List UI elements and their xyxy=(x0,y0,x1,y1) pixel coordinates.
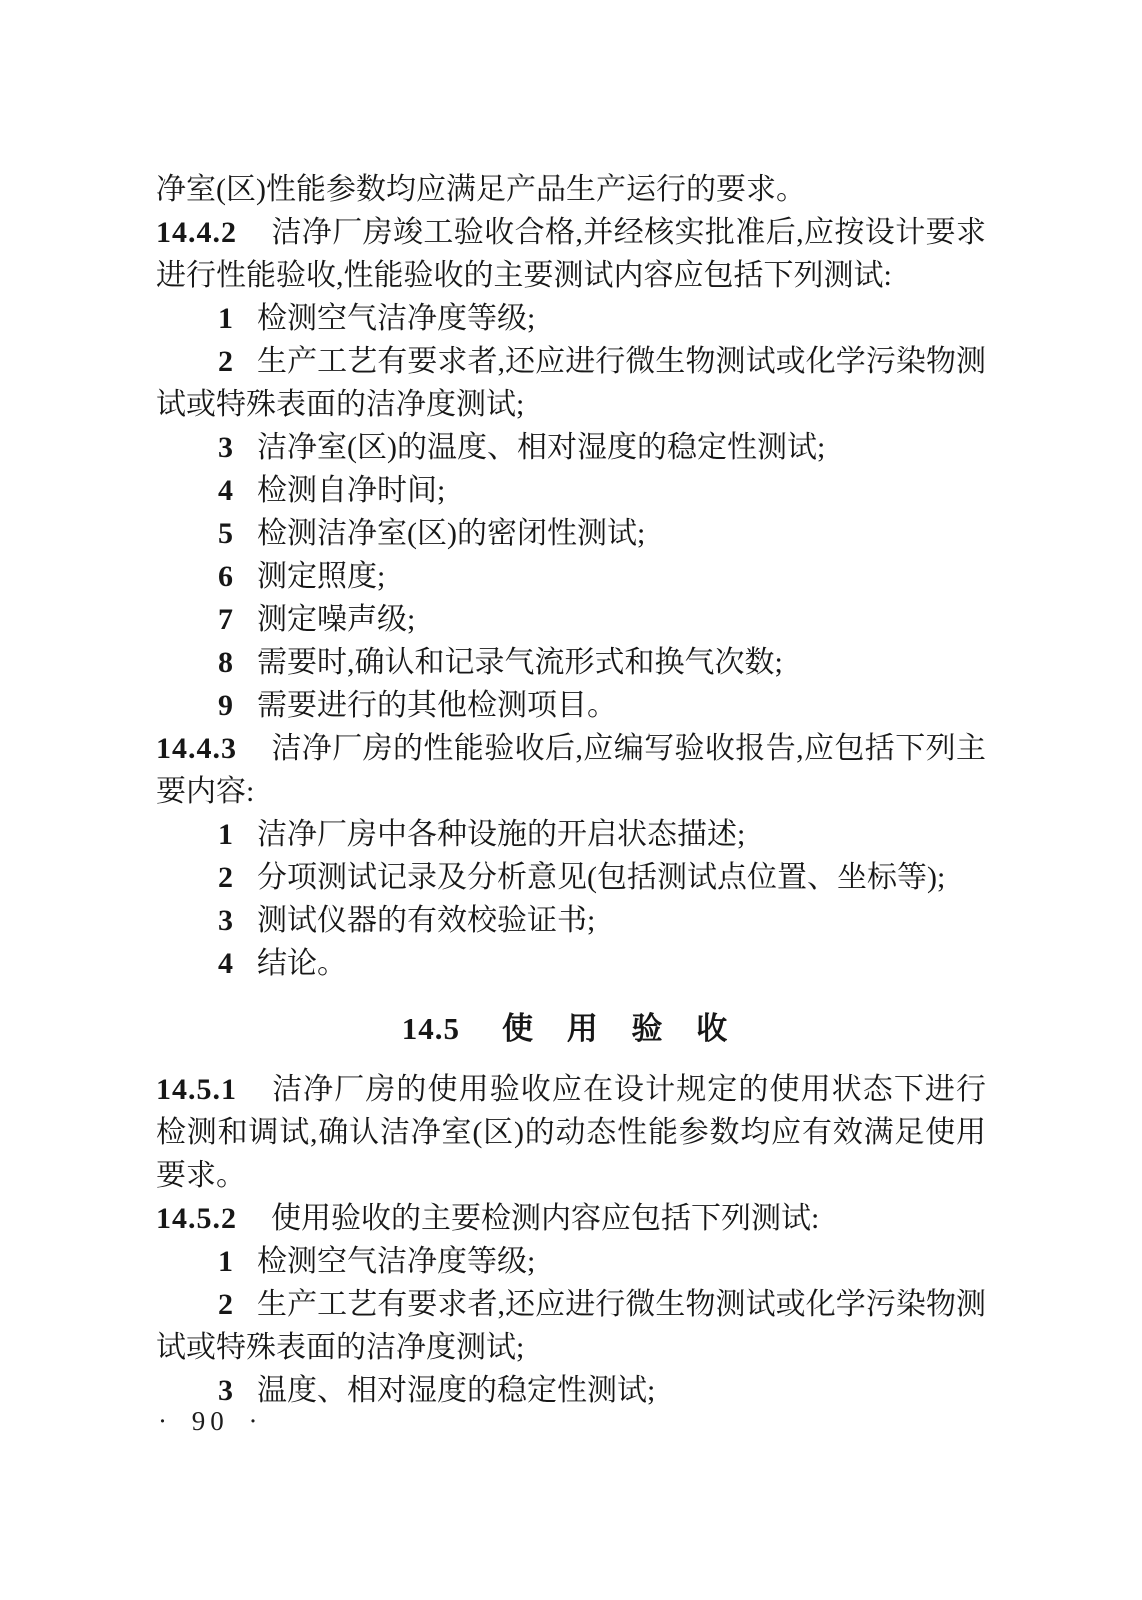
section-heading-number: 14.5 xyxy=(402,1011,460,1046)
clause-14-4-3: 14.4.3洁净厂房的性能验收后,应编写验收报告,应包括下列主要内容: xyxy=(156,727,986,813)
list-item-number: 9 xyxy=(218,689,233,722)
list-item-number: 2 xyxy=(218,345,233,378)
list-item: 4检测自净时间; xyxy=(156,469,986,512)
list-item: 9需要进行的其他检测项目。 xyxy=(156,684,986,727)
section-heading-title: 使 用 验 收 xyxy=(502,1011,740,1046)
list-item: 6测定照度; xyxy=(156,555,986,598)
clause-text: 洁净厂房竣工验收合格,并经核实批准后,应按设计要求进行性能验收,性能验收的主要测… xyxy=(156,216,986,292)
list-item-text: 生产工艺有要求者,还应进行微生物测试或化学污染物测试或特殊表面的洁净度测试; xyxy=(156,345,986,421)
clause-14-5-2: 14.5.2使用验收的主要检测内容应包括下列测试: xyxy=(156,1197,986,1240)
list-item-text: 结论。 xyxy=(257,947,347,980)
list-item-text: 洁净室(区)的温度、相对湿度的稳定性测试; xyxy=(257,431,825,464)
clause-number: 14.5.1 xyxy=(156,1073,237,1106)
list-item-number: 6 xyxy=(218,560,233,593)
clause-number: 14.4.2 xyxy=(156,216,237,249)
list-item-text: 测定照度; xyxy=(257,560,385,593)
list-item-text: 分项测试记录及分析意见(包括测试点位置、坐标等); xyxy=(257,861,945,894)
clause-number: 14.5.2 xyxy=(156,1202,237,1235)
list-item: 5检测洁净室(区)的密闭性测试; xyxy=(156,512,986,555)
list-item-number: 4 xyxy=(218,947,233,980)
document-page: 净室(区)性能参数均应满足产品生产运行的要求。 14.4.2洁净厂房竣工验收合格… xyxy=(0,0,1142,1600)
list-item-text: 检测洁净室(区)的密闭性测试; xyxy=(257,517,645,550)
list-item-text: 需要进行的其他检测项目。 xyxy=(257,689,617,722)
list-item-number: 4 xyxy=(218,474,233,507)
list-item: 3测试仪器的有效校验证书; xyxy=(156,899,986,942)
list-item: 7测定噪声级; xyxy=(156,598,986,641)
list-item: 3温度、相对湿度的稳定性测试; xyxy=(156,1369,986,1412)
list-item: 2生产工艺有要求者,还应进行微生物测试或化学污染物测试或特殊表面的洁净度测试; xyxy=(156,1283,986,1369)
list-item-text: 检测空气洁净度等级; xyxy=(257,1245,535,1278)
list-item: 1洁净厂房中各种设施的开启状态描述; xyxy=(156,813,986,856)
list-item-text: 检测空气洁净度等级; xyxy=(257,302,535,335)
paragraph-continuation: 净室(区)性能参数均应满足产品生产运行的要求。 xyxy=(156,168,986,211)
paragraph-text: 净室(区)性能参数均应满足产品生产运行的要求。 xyxy=(156,173,806,206)
page-number: · 90 · xyxy=(158,1400,262,1443)
list-item-number: 1 xyxy=(218,818,233,851)
clause-text: 洁净厂房的使用验收应在设计规定的使用状态下进行检测和调试,确认洁净室(区)的动态… xyxy=(156,1073,986,1192)
list-item-number: 8 xyxy=(218,646,233,679)
section-heading: 14.5使 用 验 收 xyxy=(156,1007,986,1050)
list-item-number: 2 xyxy=(218,1288,233,1321)
list-item-text: 生产工艺有要求者,还应进行微生物测试或化学污染物测试或特殊表面的洁净度测试; xyxy=(156,1288,986,1364)
list-item: 8需要时,确认和记录气流形式和换气次数; xyxy=(156,641,986,684)
list-item-text: 温度、相对湿度的稳定性测试; xyxy=(257,1374,655,1407)
list-item-number: 1 xyxy=(218,1245,233,1278)
clause-number: 14.4.3 xyxy=(156,732,237,765)
clause-text: 洁净厂房的性能验收后,应编写验收报告,应包括下列主要内容: xyxy=(156,732,986,808)
list-item: 2生产工艺有要求者,还应进行微生物测试或化学污染物测试或特殊表面的洁净度测试; xyxy=(156,340,986,426)
list-item-number: 3 xyxy=(218,431,233,464)
list-item-number: 7 xyxy=(218,603,233,636)
list-item-text: 测定噪声级; xyxy=(257,603,415,636)
list-item-text: 需要时,确认和记录气流形式和换气次数; xyxy=(257,646,783,679)
list-item: 2分项测试记录及分析意见(包括测试点位置、坐标等); xyxy=(156,856,986,899)
list-item-number: 2 xyxy=(218,861,233,894)
list-item-number: 1 xyxy=(218,302,233,335)
list-item-text: 检测自净时间; xyxy=(257,474,445,507)
list-item-text: 测试仪器的有效校验证书; xyxy=(257,904,595,937)
clause-14-5-1: 14.5.1洁净厂房的使用验收应在设计规定的使用状态下进行检测和调试,确认洁净室… xyxy=(156,1068,986,1197)
list-item: 4结论。 xyxy=(156,942,986,985)
list-item-number: 3 xyxy=(218,904,233,937)
list-item: 3洁净室(区)的温度、相对湿度的稳定性测试; xyxy=(156,426,986,469)
list-item-number: 5 xyxy=(218,517,233,550)
list-item: 1检测空气洁净度等级; xyxy=(156,297,986,340)
list-item-text: 洁净厂房中各种设施的开启状态描述; xyxy=(257,818,745,851)
clause-text: 使用验收的主要检测内容应包括下列测试: xyxy=(271,1202,819,1235)
list-item: 1检测空气洁净度等级; xyxy=(156,1240,986,1283)
clause-14-4-2: 14.4.2洁净厂房竣工验收合格,并经核实批准后,应按设计要求进行性能验收,性能… xyxy=(156,211,986,297)
